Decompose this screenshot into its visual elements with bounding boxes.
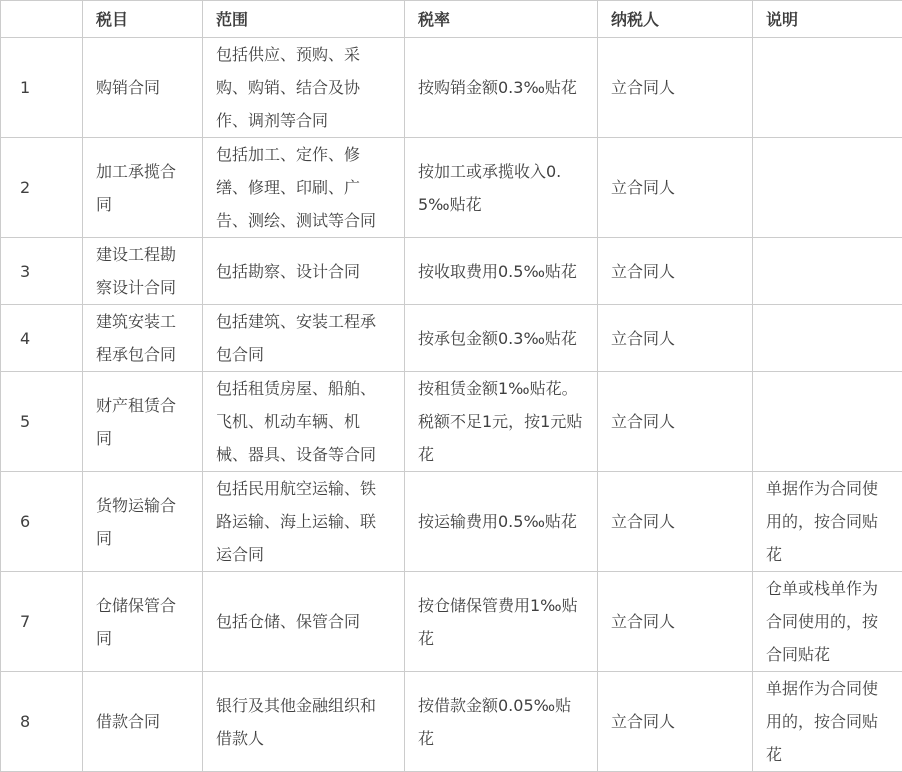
cell-row-number: 8 — [1, 672, 83, 772]
cell-tax-rate: 按购销金额0.3‰贴花 — [405, 38, 598, 138]
cell-taxpayer: 立合同人 — [598, 672, 753, 772]
cell-taxpayer: 立合同人 — [598, 572, 753, 672]
cell-tax-rate: 按租赁金额1‰贴花。税额不足1元，按1元贴花 — [405, 372, 598, 472]
cell-scope: 包括勘察、设计合同 — [203, 238, 405, 305]
cell-note: 单据作为合同使用的，按合同贴花 — [753, 672, 902, 772]
table-row: 4 建筑安装工程承包合同 包括建筑、安装工程承包合同 按承包金额0.3‰贴花 立… — [1, 305, 902, 372]
cell-tax-rate: 按运输费用0.5‰贴花 — [405, 472, 598, 572]
cell-tax-item: 加工承揽合同 — [83, 138, 203, 238]
column-header-taxpayer: 纳税人 — [598, 1, 753, 38]
cell-note — [753, 38, 902, 138]
cell-tax-item: 建筑安装工程承包合同 — [83, 305, 203, 372]
column-header-scope: 范围 — [203, 1, 405, 38]
cell-note — [753, 305, 902, 372]
cell-taxpayer: 立合同人 — [598, 305, 753, 372]
cell-tax-rate: 按仓储保管费用1‰贴花 — [405, 572, 598, 672]
table-row: 2 加工承揽合同 包括加工、定作、修缮、修理、印刷、广告、测绘、测试等合同 按加… — [1, 138, 902, 238]
header-row: 税目 范围 税率 纳税人 说明 — [1, 1, 902, 38]
cell-row-number: 3 — [1, 238, 83, 305]
cell-tax-item: 购销合同 — [83, 38, 203, 138]
cell-tax-rate: 按承包金额0.3‰贴花 — [405, 305, 598, 372]
cell-scope: 银行及其他金融组织和借款人 — [203, 672, 405, 772]
table-row: 8 借款合同 银行及其他金融组织和借款人 按借款金额0.05‰贴花 立合同人 单… — [1, 672, 902, 772]
cell-row-number: 2 — [1, 138, 83, 238]
cell-taxpayer: 立合同人 — [598, 38, 753, 138]
cell-row-number: 7 — [1, 572, 83, 672]
table-row: 5 财产租赁合同 包括租赁房屋、船舶、飞机、机动车辆、机械、器具、设备等合同 按… — [1, 372, 902, 472]
cell-row-number: 6 — [1, 472, 83, 572]
cell-tax-rate: 按借款金额0.05‰贴花 — [405, 672, 598, 772]
cell-taxpayer: 立合同人 — [598, 372, 753, 472]
table-row: 7 仓储保管合同 包括仓储、保管合同 按仓储保管费用1‰贴花 立合同人 仓单或栈… — [1, 572, 902, 672]
cell-taxpayer: 立合同人 — [598, 138, 753, 238]
cell-note — [753, 138, 902, 238]
stamp-tax-table: 税目 范围 税率 纳税人 说明 1 购销合同 包括供应、预购、采购、购销、结合及… — [0, 0, 902, 772]
cell-note: 仓单或栈单作为合同使用的，按合同贴花 — [753, 572, 902, 672]
table-row: 3 建设工程勘察设计合同 包括勘察、设计合同 按收取费用0.5‰贴花 立合同人 — [1, 238, 902, 305]
cell-taxpayer: 立合同人 — [598, 238, 753, 305]
column-header-tax-rate: 税率 — [405, 1, 598, 38]
column-header-number — [1, 1, 83, 38]
cell-tax-item: 财产租赁合同 — [83, 372, 203, 472]
column-header-tax-item: 税目 — [83, 1, 203, 38]
cell-tax-rate: 按加工或承揽收入0.5‰贴花 — [405, 138, 598, 238]
cell-row-number: 5 — [1, 372, 83, 472]
cell-scope: 包括加工、定作、修缮、修理、印刷、广告、测绘、测试等合同 — [203, 138, 405, 238]
cell-scope: 包括供应、预购、采购、购销、结合及协作、调剂等合同 — [203, 38, 405, 138]
cell-tax-item: 建设工程勘察设计合同 — [83, 238, 203, 305]
cell-scope: 包括建筑、安装工程承包合同 — [203, 305, 405, 372]
table-row: 6 货物运输合同 包括民用航空运输、铁路运输、海上运输、联运合同 按运输费用0.… — [1, 472, 902, 572]
cell-tax-item: 借款合同 — [83, 672, 203, 772]
cell-tax-rate: 按收取费用0.5‰贴花 — [405, 238, 598, 305]
cell-taxpayer: 立合同人 — [598, 472, 753, 572]
cell-row-number: 1 — [1, 38, 83, 138]
cell-note — [753, 238, 902, 305]
cell-note — [753, 372, 902, 472]
cell-scope: 包括租赁房屋、船舶、飞机、机动车辆、机械、器具、设备等合同 — [203, 372, 405, 472]
table-row: 1 购销合同 包括供应、预购、采购、购销、结合及协作、调剂等合同 按购销金额0.… — [1, 38, 902, 138]
cell-tax-item: 仓储保管合同 — [83, 572, 203, 672]
cell-tax-item: 货物运输合同 — [83, 472, 203, 572]
cell-scope: 包括仓储、保管合同 — [203, 572, 405, 672]
cell-note: 单据作为合同使用的，按合同贴花 — [753, 472, 902, 572]
column-header-note: 说明 — [753, 1, 902, 38]
cell-row-number: 4 — [1, 305, 83, 372]
cell-scope: 包括民用航空运输、铁路运输、海上运输、联运合同 — [203, 472, 405, 572]
